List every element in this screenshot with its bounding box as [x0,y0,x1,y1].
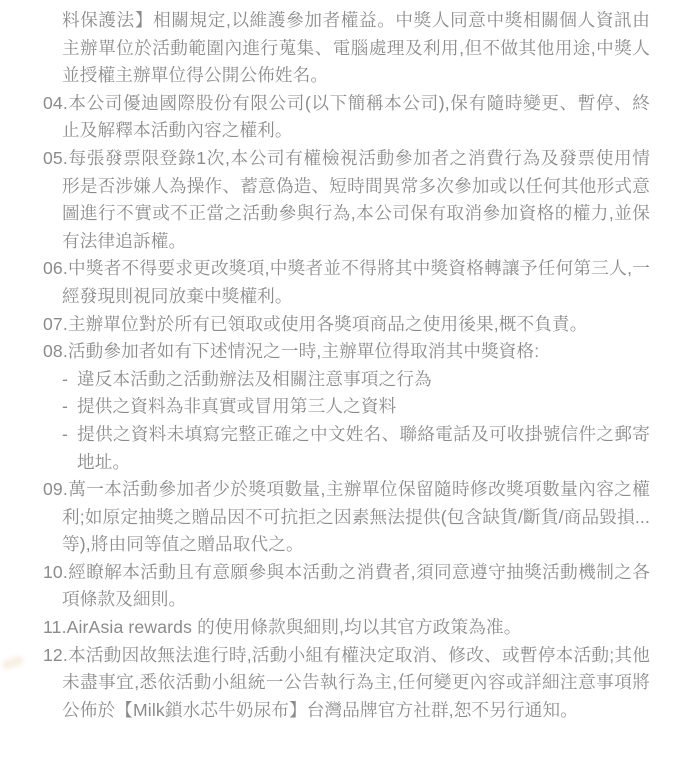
term-number: 06. [43,258,68,278]
terms-item-08-sub-3: -提供之資料未填寫完整正確之中文姓名、聯絡電話及可收掛號信件之郵寄地址。 [62,421,650,476]
term-text: 本活動因故無法進行時,活動小組有權決定取消、修改、或暫停本活動;其他未盡事宜,悉… [62,645,650,720]
sub-item-text: 提供之資料為非真實或冒用第三人之資料 [77,396,396,416]
term-text: 本公司優迪國際股份有限公司(以下簡稱本公司),保有隨時變更、暫停、終止及解釋本活… [62,93,650,141]
terms-document: 料保護法】相關規定,以維護參加者權益。中獎人同意中獎相關個人資訊由主辦單位於活動… [0,0,680,775]
terms-item-08-sub-1: -違反本活動之活動辦法及相關注意事項之行為 [62,366,650,394]
term-number: 11. [43,617,67,637]
terms-item-08: 08.活動參加者如有下述情況之一時,主辦單位得取消其中獎資格: [62,338,650,366]
terms-item-05: 05.每張發票限登錄1次,本公司有權檢視活動參加者之消費行為及發票使用情形是否涉… [62,145,650,255]
dash-bullet: - [62,393,77,421]
terms-item-06: 06.中獎者不得要求更改獎項,中獎者並不得將其中獎資格轉讓予任何第三人,一經發現… [62,255,650,310]
term-number: 04. [43,93,68,113]
terms-item-12: 12.本活動因故無法進行時,活動小組有權決定取消、修改、或暫停本活動;其他未盡事… [62,642,650,725]
term-text: 中獎者不得要求更改獎項,中獎者並不得將其中獎資格轉讓予任何第三人,一經發現則視同… [62,258,650,306]
terms-item-10: 10.經瞭解本活動且有意願參與本活動之消費者,須同意遵守抽獎活動機制之各項條款及… [62,559,650,614]
term-number: 09. [43,479,68,499]
term-text: 每張發票限登錄1次,本公司有權檢視活動參加者之消費行為及發票使用情形是否涉嫌人為… [62,148,650,251]
term-number: 07. [43,314,68,334]
term-text: 活動參加者如有下述情況之一時,主辦單位得取消其中獎資格: [68,341,539,361]
term-number: 12. [43,645,68,665]
term-text: 經瞭解本活動且有意願參與本活動之消費者,須同意遵守抽獎活動機制之各項條款及細則。 [62,562,650,610]
terms-item-07: 07.主辦單位對於所有已領取或使用各獎項商品之使用後果,概不負責。 [62,311,650,339]
term-number: 05. [43,148,68,168]
term-text: 主辦單位對於所有已領取或使用各獎項商品之使用後果,概不負責。 [68,314,588,334]
terms-intro-continuation: 料保護法】相關規定,以維護參加者權益。中獎人同意中獎相關個人資訊由主辦單位於活動… [62,7,650,90]
dash-bullet: - [62,421,77,449]
decorative-smudge [1,655,25,670]
term-text: 萬一本活動參加者少於獎項數量,主辦單位保留隨時修改獎項數量內容之權利;如原定抽獎… [62,479,650,554]
term-number: 08. [43,341,68,361]
terms-item-08-sub-2: -提供之資料為非真實或冒用第三人之資料 [62,393,650,421]
dash-bullet: - [62,366,77,394]
terms-item-11: 11.AirAsia rewards 的使用條款與細則,均以其官方政策為准。 [62,614,650,642]
sub-item-text: 違反本活動之活動辦法及相關注意事項之行為 [77,369,432,389]
term-number: 10. [43,562,68,582]
term-text: AirAsia rewards 的使用條款與細則,均以其官方政策為准。 [67,617,522,637]
terms-item-09: 09.萬一本活動參加者少於獎項數量,主辦單位保留隨時修改獎項數量內容之權利;如原… [62,476,650,559]
terms-item-04: 04.本公司優迪國際股份有限公司(以下簡稱本公司),保有隨時變更、暫停、終止及解… [62,90,650,145]
sub-item-text: 提供之資料未填寫完整正確之中文姓名、聯絡電話及可收掛號信件之郵寄地址。 [77,424,650,472]
